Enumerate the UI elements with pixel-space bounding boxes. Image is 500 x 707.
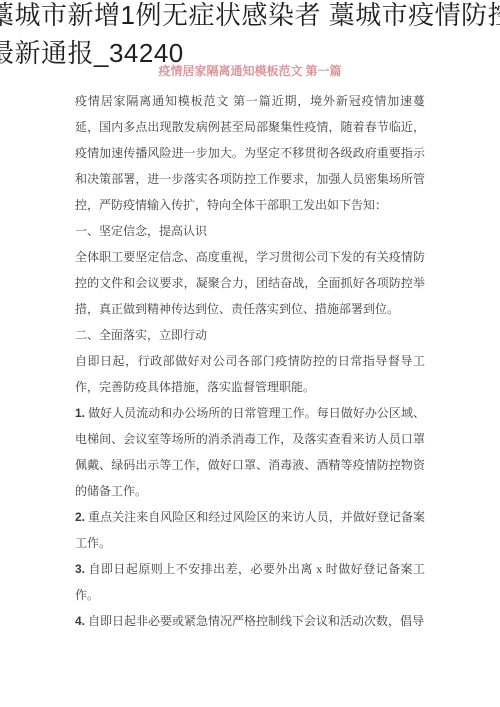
paragraph: 自即日起，行政部做好对公司各部门疫情防控的日常指导督导工作，完善防疫具体措施，落… xyxy=(75,348,425,400)
list-text: 重点关注来自风险区和经过风险区的来访人员，并做好登记备案工作。 xyxy=(75,510,425,550)
document-body: 疫情居家隔离通知模板范文 第一篇近期，境外新冠疫情加速蔓延，国内多点出现散发病例… xyxy=(75,88,425,634)
list-text: 自即日起非必要或紧急情况严格控制线下会议和活动次数，倡导 xyxy=(88,614,424,628)
document-heading: 疫情居家隔离通知模板范文 第一篇 xyxy=(75,64,425,79)
list-text: 自即日起原则上不安排出差，必要外出离 x 时做好登记备案工作。 xyxy=(75,562,425,602)
list-item: 4. 自即日起非必要或紧急情况严格控制线下会议和活动次数，倡导 xyxy=(75,608,425,634)
paragraph: 一、坚定信念，提高认识 xyxy=(75,218,425,244)
list-number: 3. xyxy=(75,562,85,576)
list-item: 1. 做好人员流动和办公场所的日常管理工作。每日做好办公区域、电梯间、会议室等场… xyxy=(75,400,425,504)
document-image: 疫情居家隔离通知模板范文 第一篇 疫情居家隔离通知模板范文 第一篇近期，境外新冠… xyxy=(75,64,425,634)
list-number: 4. xyxy=(75,614,85,628)
paragraph: 二、全面落实，立即行动 xyxy=(75,322,425,348)
article-page: 藁城市新增1例无症状感染者 藁城市疫情防控最新通报_34240 疫情居家隔离通知… xyxy=(0,0,500,707)
paragraph: 疫情居家隔离通知模板范文 第一篇近期，境外新冠疫情加速蔓延，国内多点出现散发病例… xyxy=(75,88,425,218)
paragraph: 全体职工要坚定信念、高度重视，学习贯彻公司下发的有关疫情防控的文件和会议要求，凝… xyxy=(75,244,425,322)
list-number: 1. xyxy=(75,406,85,420)
page-title: 藁城市新增1例无症状感染者 藁城市疫情防控最新通报_34240 xyxy=(0,0,500,72)
list-number: 2. xyxy=(75,510,85,524)
list-text: 做好人员流动和办公场所的日常管理工作。每日做好办公区域、电梯间、会议室等场所的消… xyxy=(75,406,425,498)
list-item: 2. 重点关注来自风险区和经过风险区的来访人员，并做好登记备案工作。 xyxy=(75,504,425,556)
list-item: 3. 自即日起原则上不安排出差，必要外出离 x 时做好登记备案工作。 xyxy=(75,556,425,608)
